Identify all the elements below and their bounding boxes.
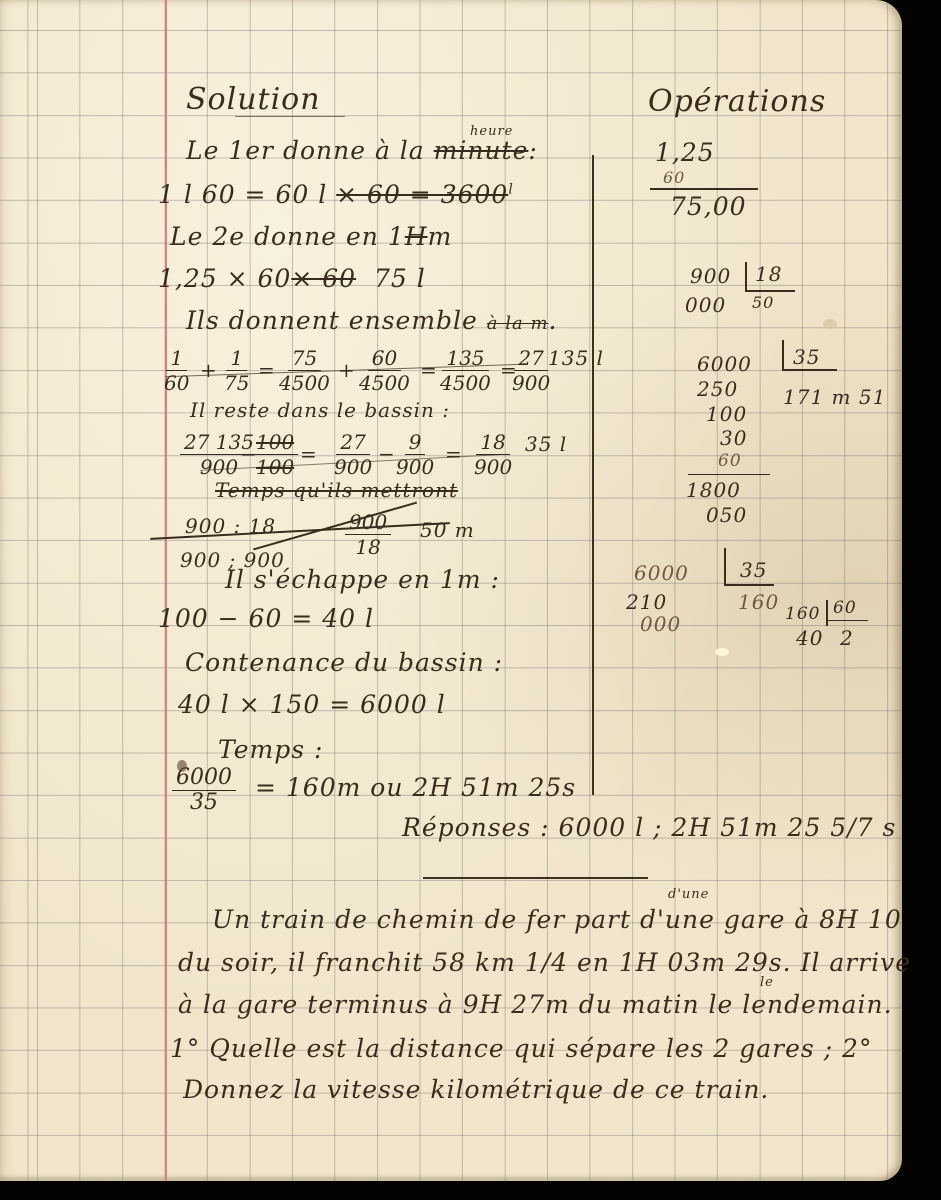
line-text: Le 2e donne en 1 bbox=[170, 222, 405, 251]
problem-line-1: Un train de chemin de fer part d'une gar… bbox=[212, 905, 902, 934]
multiplication-rule bbox=[650, 188, 758, 190]
quotient: 160 bbox=[738, 590, 779, 614]
quotient: 171 m 51 bbox=[783, 385, 886, 409]
division-bar bbox=[724, 548, 726, 586]
solution-line-5: Ils donnent ensemble à la m. bbox=[186, 306, 557, 335]
struck-word: minute bbox=[434, 136, 529, 165]
operator: = bbox=[300, 442, 318, 466]
dividend: 160 bbox=[785, 604, 820, 624]
product: 75,00 bbox=[670, 192, 747, 221]
fraction: 27900 bbox=[330, 430, 376, 479]
divisor: 18 bbox=[755, 262, 782, 286]
struck-text: × 60 = 3600 bbox=[336, 180, 508, 209]
division-step: 1800 bbox=[686, 478, 741, 502]
solution-line-2: 1 l 60 = 60 l × 60 = 3600l bbox=[158, 180, 514, 209]
division-bar bbox=[782, 340, 784, 370]
operator: = bbox=[258, 358, 276, 382]
multiplicand: 1,25 bbox=[655, 138, 715, 167]
fraction: 604500 bbox=[355, 346, 414, 395]
divisor: 60 bbox=[833, 598, 857, 618]
line-text: 1 l 60 = 60 l bbox=[158, 180, 327, 209]
dividend: 6000 bbox=[634, 561, 689, 585]
division-step: 000 bbox=[640, 612, 681, 636]
fraction: 1354500 bbox=[436, 346, 495, 395]
division-rule bbox=[782, 369, 837, 371]
fraction: 175 bbox=[220, 346, 253, 395]
solution-line-12: 100 − 60 = 40 l bbox=[158, 604, 374, 633]
solution-line-3: Le 2e donne en 1Hm bbox=[170, 222, 452, 251]
multiplier: 60 bbox=[663, 168, 685, 187]
struck-text: H bbox=[405, 222, 428, 251]
solution-line-14: 40 l × 150 = 6000 l bbox=[178, 690, 446, 719]
line-text: 1,25 × 60 bbox=[158, 264, 291, 293]
line-text: Ils donnent ensemble bbox=[186, 306, 478, 335]
paper-spot bbox=[823, 319, 837, 329]
fraction: 600035 bbox=[172, 766, 236, 815]
divisor: 35 bbox=[740, 558, 767, 582]
inserted-word: heure bbox=[470, 124, 513, 139]
divisor: 35 bbox=[793, 345, 820, 369]
fraction: 160 bbox=[160, 346, 193, 395]
solution-line-15: Temps : bbox=[218, 735, 323, 764]
division-step: 100 bbox=[706, 402, 747, 426]
line-suffix: . bbox=[549, 306, 558, 335]
operator: + bbox=[200, 358, 218, 382]
solution-line-1: Le 1er donne à la minute: bbox=[186, 136, 538, 165]
solution-line-13: Contenance du bassin : bbox=[185, 648, 503, 677]
operations-heading: Opérations bbox=[648, 84, 826, 119]
column-divider bbox=[592, 155, 594, 795]
solution-heading: Solution bbox=[186, 82, 321, 117]
line-text: Le 1er donne à la bbox=[186, 136, 425, 165]
remainder: 40 bbox=[796, 626, 823, 650]
fraction: 90018 bbox=[345, 510, 391, 559]
solution-line-4: 1,25 × 60× 60 75 l bbox=[158, 264, 426, 293]
division-step: 250 bbox=[697, 377, 738, 401]
line-suffix: : bbox=[528, 136, 537, 165]
inserted-word: d'une bbox=[668, 887, 709, 902]
division-step: 60 bbox=[718, 451, 742, 471]
problem-line-3: à la gare terminus à 9H 27m du matin le … bbox=[178, 990, 893, 1019]
division-step: 210 bbox=[626, 590, 667, 614]
dividend: 6000 bbox=[697, 352, 752, 376]
remainder: 000 bbox=[685, 293, 726, 317]
paper-spot bbox=[715, 648, 729, 656]
solution-line-11: Il s'échappe en 1m : bbox=[225, 565, 500, 594]
solution-line-9-struck: Temps qu'ils mettront bbox=[215, 478, 458, 502]
quotient: 50 bbox=[752, 293, 774, 312]
struck-text: à la m bbox=[487, 313, 549, 334]
division-rule bbox=[726, 584, 774, 586]
division-bar bbox=[826, 600, 828, 626]
section-separator bbox=[423, 877, 648, 879]
line-suffix: l bbox=[508, 182, 513, 198]
equation-result: 35 l bbox=[525, 432, 567, 456]
division-step: 30 bbox=[720, 426, 747, 450]
notebook-page: Solution Le 1er donne à la minute: heure… bbox=[0, 0, 902, 1181]
struck-text: × 60 bbox=[291, 264, 356, 293]
line-suffix: 75 l bbox=[374, 264, 426, 293]
heading-underline bbox=[235, 116, 345, 117]
problem-line-2: du soir, il franchit 58 km 1/4 en 1H 03m… bbox=[178, 948, 911, 977]
answer-line: Réponses : 6000 l ; 2H 51m 25 5/7 s bbox=[402, 813, 896, 842]
operator: = bbox=[445, 442, 463, 466]
division-rule bbox=[745, 290, 795, 292]
equation-result: = 160m ou 2H 51m 25s bbox=[255, 773, 576, 802]
problem-line-5: Donnez la vitesse kilométrique de ce tra… bbox=[183, 1075, 769, 1104]
solution-line-7: Il reste dans le bassin : bbox=[190, 398, 450, 422]
equation-result: 135 l bbox=[548, 346, 604, 370]
quotient: 2 bbox=[840, 626, 854, 650]
division-bar bbox=[745, 262, 747, 292]
division-step: 050 bbox=[706, 503, 747, 527]
line-suffix: m bbox=[428, 222, 453, 251]
division-rule bbox=[828, 620, 868, 621]
dividend: 900 bbox=[690, 264, 731, 288]
fraction: 100100 bbox=[252, 430, 298, 479]
fraction: 9900 bbox=[392, 430, 438, 479]
inserted-word: le bbox=[760, 975, 774, 990]
red-margin-line bbox=[165, 0, 167, 1181]
problem-line-4: 1° Quelle est la distance qui sépare les… bbox=[170, 1034, 872, 1063]
sum-rule bbox=[688, 474, 770, 475]
